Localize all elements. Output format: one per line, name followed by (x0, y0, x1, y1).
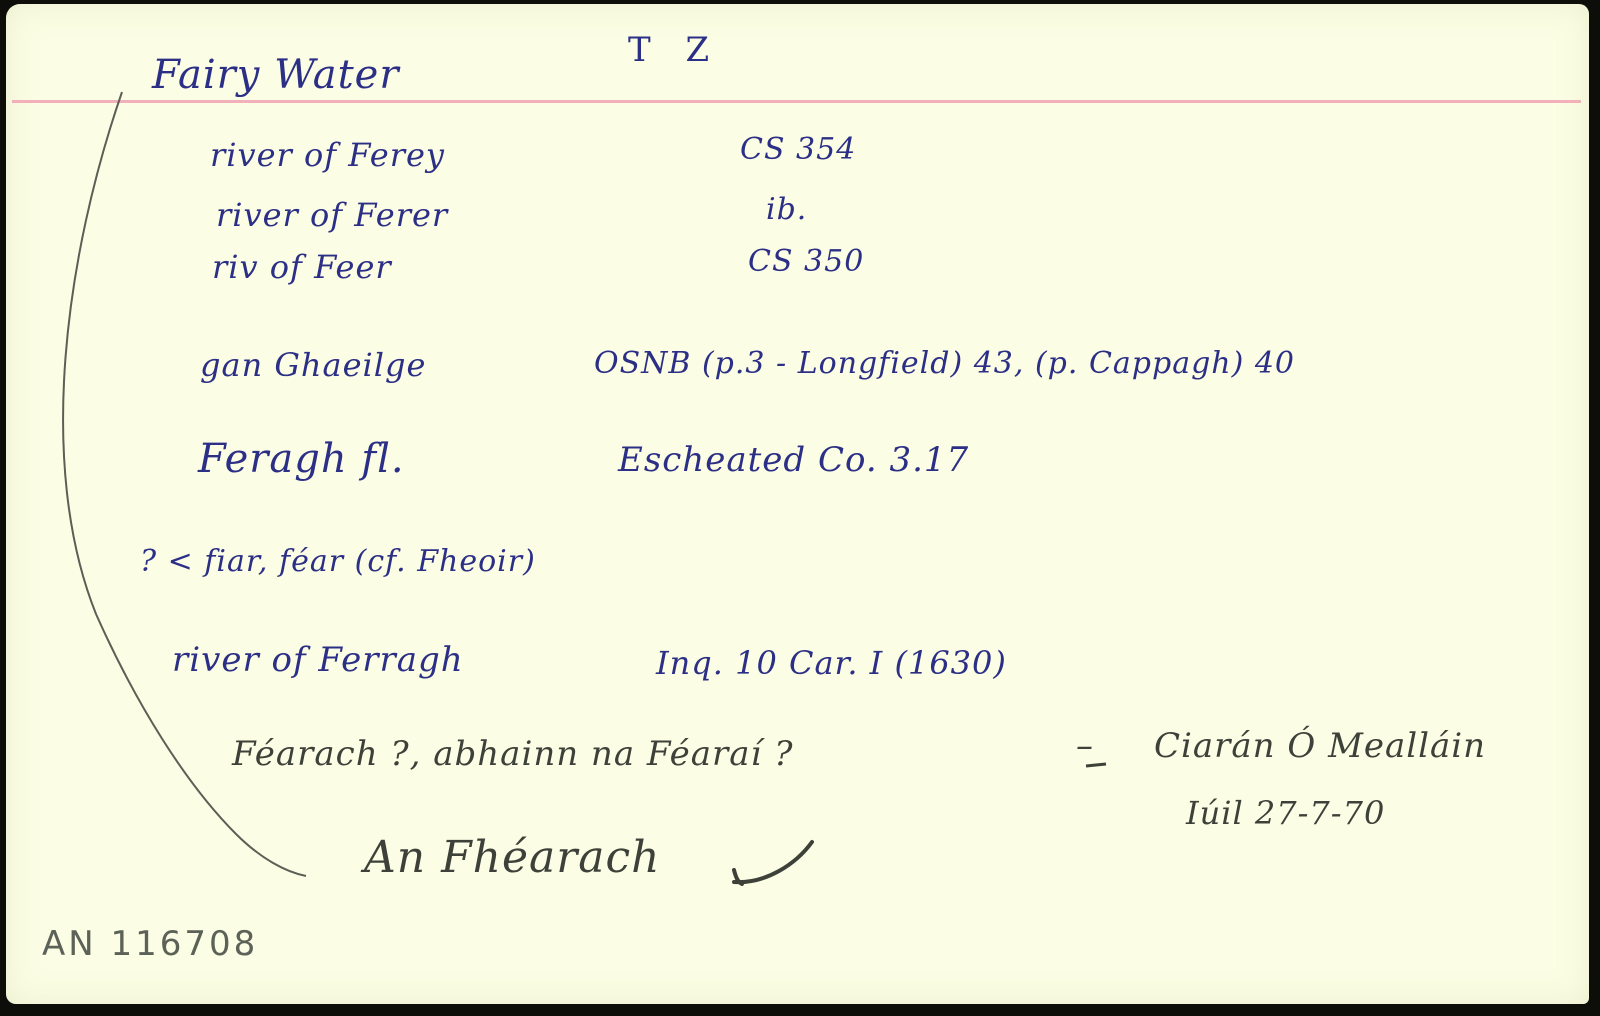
signature-name: –Ciarán Ó Mealláin (1076, 726, 1486, 766)
historical-form: riv of Feer (212, 248, 392, 286)
irish-note-source: OSNB (p.3 - Longfield) 43, (p. Cappagh) … (594, 346, 1295, 381)
final-form-name: An Fhéarach (364, 832, 660, 883)
historical-form: river of Ferey (210, 136, 445, 174)
ferragh-source: Inq. 10 Car. I (1630) (656, 644, 1007, 682)
historical-form-source: CS 354 (740, 132, 856, 167)
etymology-note: ? < fiar, féar (cf. Fheoir) (140, 544, 536, 579)
archive-number: AN 116708 (42, 924, 258, 964)
signature-dash: – (1076, 726, 1094, 766)
historical-form-source: ib. (766, 192, 807, 227)
historical-form-source: CS 350 (748, 244, 864, 279)
feragh-form: Feragh fl. (198, 436, 405, 482)
historical-form: river of Ferer (216, 196, 448, 234)
placename-heading: Fairy Water (152, 52, 399, 98)
final-form: An Fhéarach ✓ (364, 832, 753, 883)
signature-text: Ciarán Ó Mealláin (1154, 726, 1486, 766)
ferragh-form: river of Ferragh (172, 640, 464, 680)
header-rule-line (12, 100, 1581, 103)
signature-date: Iúil 27-7-70 (1186, 794, 1385, 832)
index-card: Fairy Water T Z river of Ferey CS 354 ri… (6, 4, 1589, 1004)
feragh-source: Escheated Co. 3.17 (618, 440, 969, 480)
proposed-irish-forms: Féarach ?, abhainn na Féaraí ? (232, 734, 793, 774)
classification-tag: T Z (628, 30, 721, 70)
irish-note-label: gan Ghaeilge (200, 346, 426, 384)
